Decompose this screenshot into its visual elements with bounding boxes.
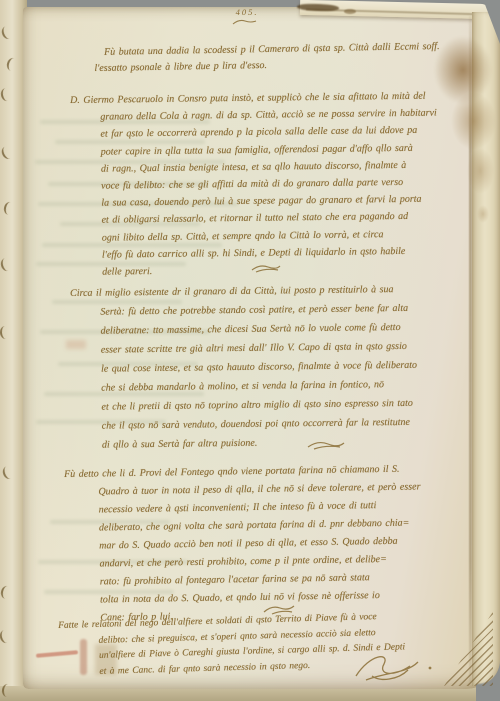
closing-flourish-icon [352, 648, 434, 684]
paragraph-2: D. Giermo Pescaruolo in Consro puta inst… [70, 88, 439, 282]
background-bottom-right [476, 650, 500, 701]
paragraph-4: Fù detto che li d. Provi del Fontego qnd… [64, 460, 423, 628]
paragraph-end-flourish-icon [306, 438, 346, 452]
paragraph-end-flourish-icon [250, 262, 282, 274]
paragraph-3: Circa il miglio esistente dr il granaro … [70, 280, 418, 455]
manuscript-photo: 405. Fù butata una dadia la scodessi p i… [0, 0, 500, 701]
folio-number: 405. [224, 7, 270, 17]
right-page-edge [472, 12, 500, 686]
paragraph-1: Fù butata una dadia la scodessi p il Cam… [94, 39, 440, 77]
folio-flourish-icon [231, 18, 257, 26]
